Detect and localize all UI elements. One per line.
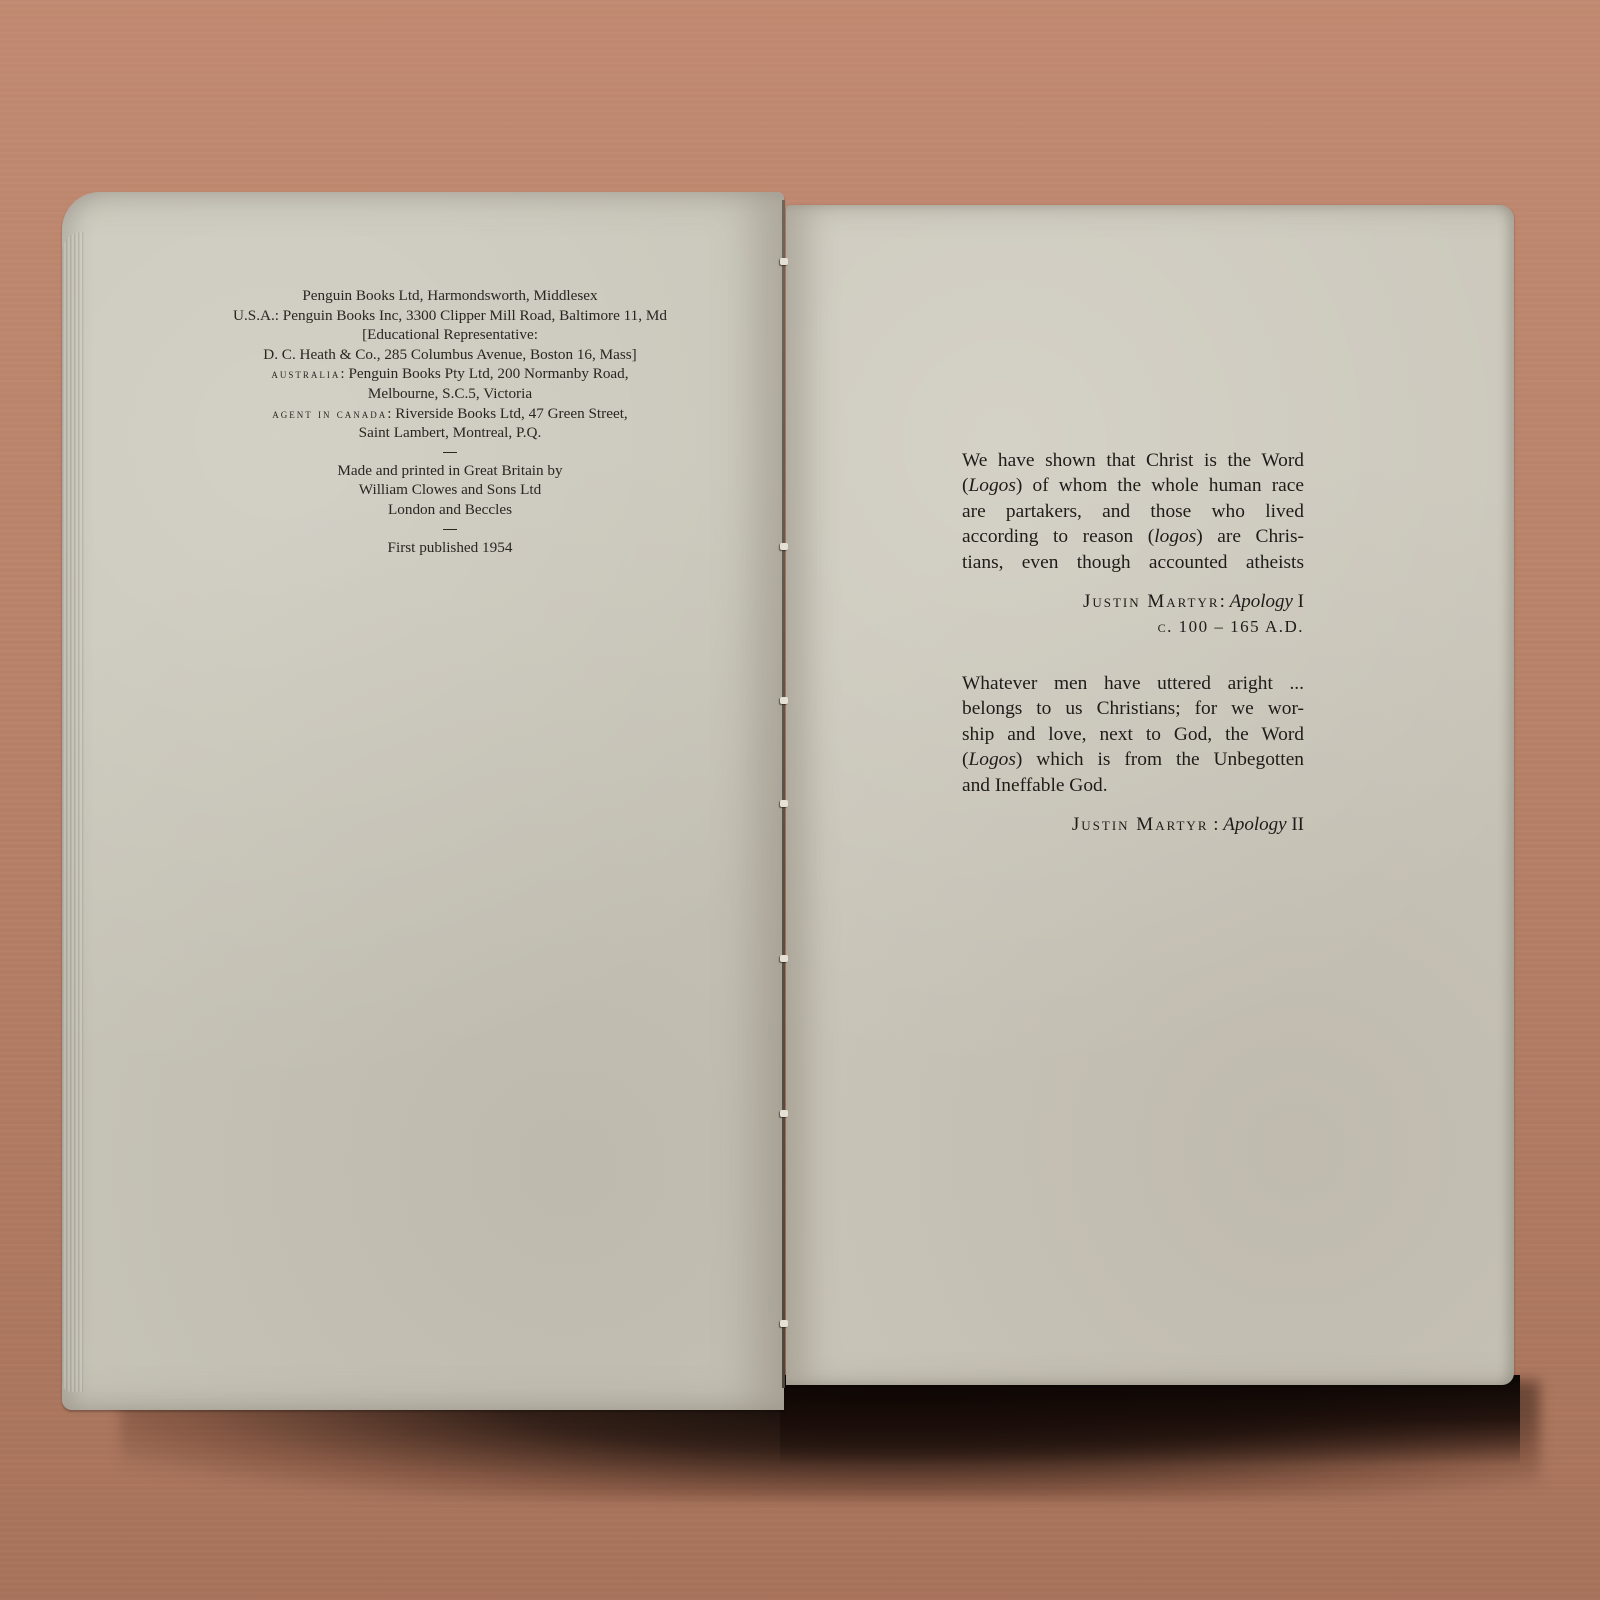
quote-line: tians, even though accounted atheists — [962, 550, 1304, 575]
publisher-imprint: Penguin Books Ltd, Harmondsworth, Middle… — [200, 286, 700, 557]
imprint-australia: Australia: Penguin Books Pty Ltd, 200 No… — [200, 364, 700, 384]
australia-label: Australia — [271, 366, 340, 381]
book-spine — [782, 200, 785, 1388]
work-title: Apology — [1230, 591, 1293, 612]
page-edges — [62, 232, 84, 1392]
work-title: Apology — [1223, 814, 1286, 835]
imprint-line: Saint Lambert, Montreal, P.Q. — [200, 423, 700, 443]
work-numeral: I — [1293, 591, 1304, 612]
binding-stitch — [780, 543, 788, 550]
quote-line: (Logos) which is from the Unbegotten — [962, 747, 1304, 772]
binding-stitch — [780, 955, 788, 962]
quote-line: We have shown that Christ is the Word — [962, 448, 1304, 473]
divider — [443, 452, 457, 453]
epigraphs: We have shown that Christ is the Word (L… — [962, 448, 1304, 837]
binding-stitch — [780, 258, 788, 265]
book-shadow-right — [780, 1375, 1520, 1465]
binding-stitch — [780, 1320, 788, 1327]
quote-line: (Logos) of whom the whole human race — [962, 473, 1304, 498]
author-dates: c. 100 – 165 A.D. — [962, 614, 1304, 639]
quote-1-attribution: Justin Martyr: Apology I c. 100 – 165 A.… — [962, 589, 1304, 639]
quote-2: Whatever men have uttered aright ... bel… — [962, 671, 1304, 798]
imprint-line: [Educational Representative: — [200, 325, 700, 345]
quote-2-attribution: Justin Martyr : Apology II — [962, 812, 1304, 837]
quote-line: ship and love, next to God, the Word — [962, 722, 1304, 747]
quote-line: are partakers, and those who lived — [962, 499, 1304, 524]
printer-line: Made and printed in Great Britain by — [200, 461, 700, 481]
printer-line: William Clowes and Sons Ltd — [200, 480, 700, 500]
binding-stitch — [780, 1110, 788, 1117]
quote-line: according to reason (logos) are Chris- — [962, 524, 1304, 549]
australia-address: : Penguin Books Pty Ltd, 200 Normanby Ro… — [340, 365, 628, 382]
canada-label: Agent in Canada — [272, 406, 387, 421]
binding-stitch — [780, 800, 788, 807]
work-numeral: II — [1287, 814, 1304, 835]
quote-line: Whatever men have uttered aright ... — [962, 671, 1304, 696]
imprint-line: U.S.A.: Penguin Books Inc, 3300 Clipper … — [200, 306, 700, 326]
divider — [443, 529, 457, 530]
canada-address: : Riverside Books Ltd, 47 Green Street, — [387, 405, 627, 422]
photo-scene: Penguin Books Ltd, Harmondsworth, Middle… — [0, 0, 1600, 1600]
imprint-canada: Agent in Canada: Riverside Books Ltd, 47… — [200, 404, 700, 424]
author-name: Justin Martyr — [1083, 591, 1220, 612]
printer-line: London and Beccles — [200, 500, 700, 520]
author-name: Justin Martyr — [1072, 814, 1209, 835]
imprint-line: D. C. Heath & Co., 285 Columbus Avenue, … — [200, 345, 700, 365]
binding-stitch — [780, 697, 788, 704]
quote-1: We have shown that Christ is the Word (L… — [962, 448, 1304, 575]
quote-line: belongs to us Christians; for we wor- — [962, 696, 1304, 721]
imprint-line: Melbourne, S.C.5, Victoria — [200, 384, 700, 404]
first-published: First published 1954 — [200, 538, 700, 558]
quote-line: and Ineffable God. — [962, 773, 1304, 798]
imprint-line: Penguin Books Ltd, Harmondsworth, Middle… — [200, 286, 700, 306]
